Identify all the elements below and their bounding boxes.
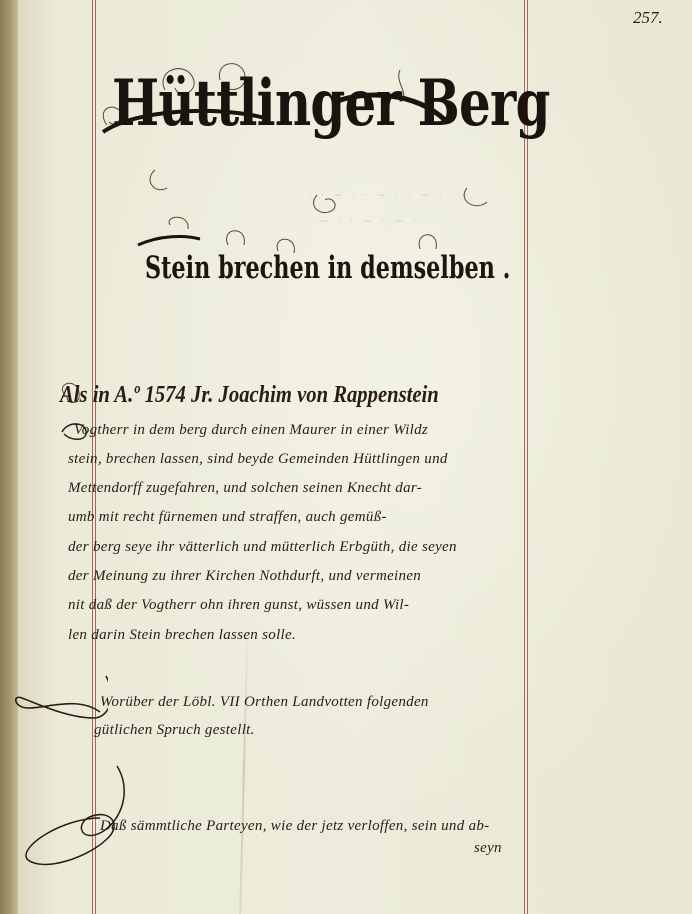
paragraph-1-line: nit daß der Vogtherr ohn ihren gunst, wü… — [68, 597, 528, 614]
paragraph-1-line: Vogtherr in dem berg durch einen Maurer … — [74, 422, 534, 439]
bleed-through-text: · · ~ · · ~ · · ~ · · · — [308, 188, 469, 203]
paragraph-2-line: Worüber der Löbl. VII Orthen Landvotten … — [100, 694, 560, 711]
paragraph-1-line: stein, brechen lassen, sind beyde Gemein… — [68, 451, 528, 468]
paper-crease — [239, 620, 249, 914]
document-title: Hüttlinger Berg — [112, 72, 550, 136]
page-number: 257. — [633, 8, 663, 28]
paragraph-1-lead-line: Als in A.º 1574 Jr. Joachim von Rappenst… — [60, 382, 456, 409]
paragraph-2-initial-flourish — [8, 668, 108, 728]
paragraph-1-line: der berg seye ihr vätterlich und mütterl… — [68, 539, 528, 556]
paragraph-2-line: gütlichen Spruch gestellt. — [94, 722, 554, 739]
paragraph-1-line: len darin Stein brechen lassen solle. — [68, 627, 528, 644]
document-subtitle: Stein brechen in demselben . — [145, 253, 510, 284]
paragraph-1-line: Mettendorff zugefahren, und solchen sein… — [68, 480, 528, 497]
bleed-through-text: ~ · · ~ · ~ · · — [318, 214, 430, 229]
paragraph-3-line: Daß sämmtliche Parteyen, wie der jetz ve… — [100, 818, 560, 835]
paragraph-1-line: der Meinung zu ihrer Kirchen Nothdurft, … — [68, 568, 528, 585]
paragraph-3-line: seyn — [474, 840, 534, 857]
paragraph-1-line: umb mit recht fürnemen und straffen, auc… — [68, 509, 528, 526]
